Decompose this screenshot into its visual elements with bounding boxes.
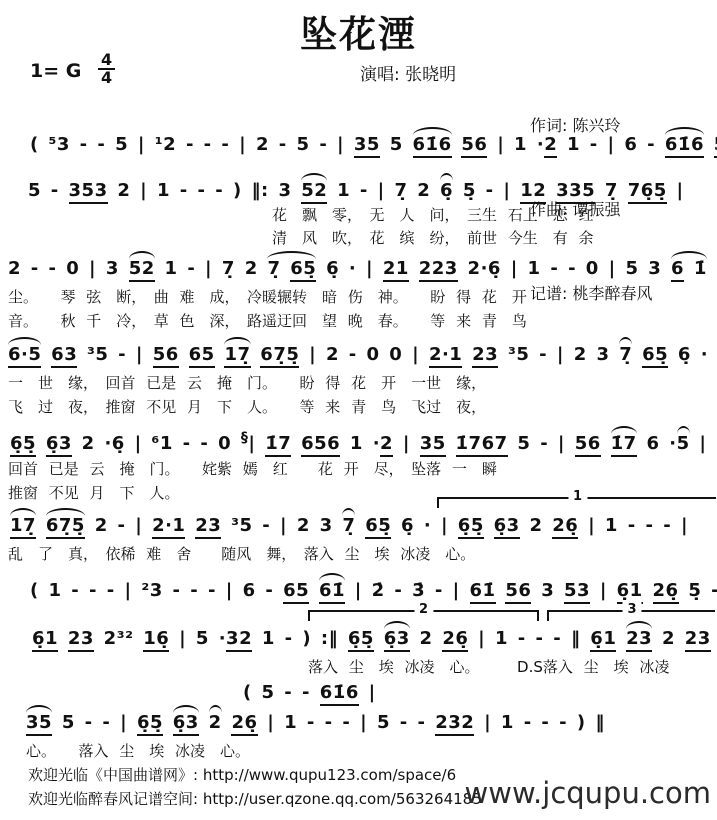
watermark: www.jcqupu.com	[465, 776, 711, 810]
notation-line: ( 1 - - - | ²3 - - - | 6 - 65 61̇ | 2̇ -…	[30, 580, 717, 604]
volta-number: 1	[568, 489, 587, 504]
segno-sign: §	[241, 430, 249, 446]
lyric-line: 一 世 缘， 回首 已是 云 掩 门。 盼 得 花 开 一世 缘，	[8, 372, 486, 393]
notation-line: 35 5 - - | 6̣5̣ 6̣3 2 26̣ | 1 - - - | 5 …	[26, 712, 605, 736]
footer-qzone-link: 欢迎光临醉春风记谱空间: http://user.qzone.qq.com/56…	[28, 788, 482, 809]
lyric-line: 推窗 不见 月 下 人。	[8, 482, 180, 503]
key-signature: 1= G	[30, 60, 81, 82]
lyric-line: 心。 落入 尘 埃 冰凌 心。	[26, 740, 250, 761]
lyric-line: 音。 秋 千 冷， 草 色 深， 路遥迂回 望 晚 春。 等 来 青 鸟	[8, 310, 527, 331]
sheet-music-page: 坠花湮 1= G 4 4 演唱: 张晓明 作词: 陈兴玲 作曲: 谭振强 记谱:…	[0, 0, 717, 820]
notation-line: 2 - - 0 | 3 52 1 - | 7̣ 2 7̣ 65̣ 6̣ · | …	[8, 258, 717, 282]
credit-line-transcriber: 记谱: 桃李醉春风	[530, 280, 652, 308]
time-signature-denominator: 4	[98, 70, 115, 86]
lyric-line: 尘。 琴 弦 断， 曲 难 成， 冷暖辗转 暗 伤 神。 盼 得 花 开	[8, 286, 527, 307]
volta-number: 3	[622, 602, 641, 617]
volta-bracket: 1	[437, 497, 716, 508]
lyric-line: 落入 尘 埃 冰凌 心。 D.S落入 尘 埃 冰凌	[308, 656, 669, 677]
lyric-line: 清 风 吹， 花 缤 纷， 前世 今生 有 余	[272, 227, 594, 248]
time-signature: 4 4	[98, 52, 115, 86]
volta-bracket: 3	[547, 610, 715, 621]
notation-line: ( ⁵3 - - 5 | ¹2 - - - | 2 - 5 - | 35 5 6…	[30, 134, 717, 158]
performer-credit: 演唱: 张晓明	[360, 60, 456, 85]
notation-line: 17̣ 67̣5̣ 2 - | 2·1 23 ³5 - | 2 3 7̣ 65̣…	[10, 515, 688, 539]
notation-line: ( 5 - - 61̇6 |	[243, 682, 376, 706]
lyric-line: 乱 了 真， 依稀 难 舍 随风 舞， 落入 尘 埃 冰凌 心。	[8, 543, 475, 564]
notation-line: 6·5 63 ³5 - | 56 65 17̣ 67̣5̣ | 2 - 0 0 …	[8, 344, 717, 368]
lyric-line: 花 飘 零， 无 人 问， 三生 石上 恋 红	[272, 204, 594, 225]
volta-bracket: 2	[308, 610, 539, 621]
lyric-line: 回首 已是 云 掩 门。 姹紫 嫣 红 花 开 尽， 坠落 一 瞬	[8, 458, 497, 479]
notation-line: 6̣1 23 2³² 16̣ | 5 ·32 1 - ) :‖ 6̣5̣ 6̣3…	[32, 628, 717, 652]
volta-number: 2	[414, 602, 433, 617]
notation-line: 6̣5̣ 6̣3 2 ·6̣ | ⁶1 - - 0 §| 1̇7 656 1 ·…	[10, 430, 706, 457]
lyric-line: 飞 过 夜， 推窗 不见 月 下 人。 等 来 青 鸟 飞过 夜，	[8, 396, 486, 417]
footer-site-link: 欢迎光临《中国曲谱网》: http://www.qupu123.com/spac…	[28, 764, 456, 785]
notation-line: 5 - 353 2 | 1 - - - ) ‖: 3 52 1 - | 7̣ 2…	[28, 180, 684, 204]
